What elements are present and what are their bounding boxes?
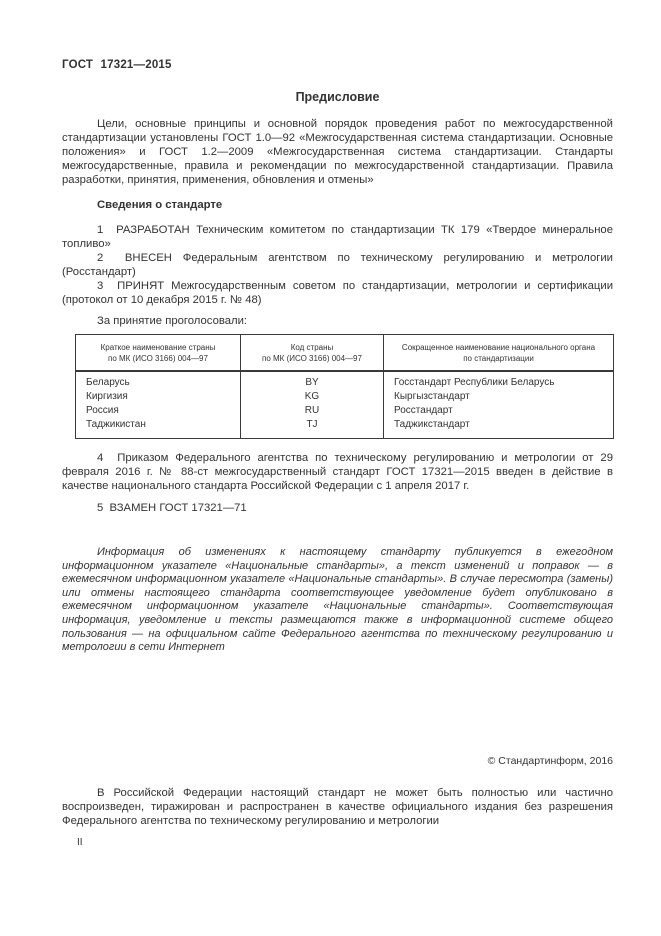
standard-info-heading: Сведения о стандарте (62, 198, 613, 212)
clause-developed: 1 РАЗРАБОТАН Техническим комитетом по ст… (62, 223, 613, 251)
intro-paragraph: Цели, основные принципы и основной поряд… (62, 117, 613, 187)
cell-code: KG (241, 390, 384, 404)
cell-country: Беларусь (76, 371, 241, 390)
cell-country: Россия (76, 404, 241, 418)
amendment-note: Информация об изменениях к настоящему ст… (62, 546, 613, 655)
table-row: Киргизия KG Кыргызстандарт (76, 390, 614, 404)
vote-table-header: Краткое наименование страны по МК (ИСО 3… (76, 335, 614, 372)
column-header-code: Код страны по МК (ИСО 3166) 004—97 (241, 335, 384, 372)
cell-code: BY (241, 371, 384, 390)
cell-code: TJ (241, 418, 384, 439)
vote-table: Краткое наименование страны по МК (ИСО 3… (75, 334, 614, 439)
clause-submitted: 2 ВНЕСЕН Федеральным агентством по техни… (62, 251, 613, 279)
reproduction-restriction: В Российской Федерации настоящий стандар… (62, 786, 613, 828)
document-page: ГОСТ 17321—2015 Предисловие Цели, основн… (0, 0, 661, 936)
vote-table-body: Беларусь BY Госстандарт Республики Белар… (76, 371, 614, 439)
clause-enacted: 4 Приказом Федерального агентства по тех… (62, 451, 613, 493)
cell-org: Госстандарт Республики Беларусь (384, 371, 614, 390)
column-header-country: Краткое наименование страны по МК (ИСО 3… (76, 335, 241, 372)
cell-code: RU (241, 404, 384, 418)
table-row: Россия RU Росстандарт (76, 404, 614, 418)
page-number: II (77, 837, 613, 849)
vote-lead-text: За принятие проголосовали: (62, 314, 613, 328)
standard-designation: ГОСТ 17321—2015 (62, 58, 613, 72)
clause-replaces: 5 ВЗАМЕН ГОСТ 17321—71 (62, 501, 613, 515)
table-row: Таджикистан TJ Таджикстандарт (76, 418, 614, 439)
cell-country: Таджикистан (76, 418, 241, 439)
cell-org: Росстандарт (384, 404, 614, 418)
cell-org: Кыргызстандарт (384, 390, 614, 404)
table-row: Беларусь BY Госстандарт Республики Белар… (76, 371, 614, 390)
clause-adopted: 3 ПРИНЯТ Межгосударственным советом по с… (62, 279, 613, 307)
cell-country: Киргизия (76, 390, 241, 404)
table-header-row: Краткое наименование страны по МК (ИСО 3… (76, 335, 614, 372)
cell-org: Таджикстандарт (384, 418, 614, 439)
page-title: Предисловие (62, 90, 613, 105)
copyright-notice: © Стандартинформ, 2016 (62, 755, 613, 768)
column-header-org: Сокращенное наименование национального о… (384, 335, 614, 372)
